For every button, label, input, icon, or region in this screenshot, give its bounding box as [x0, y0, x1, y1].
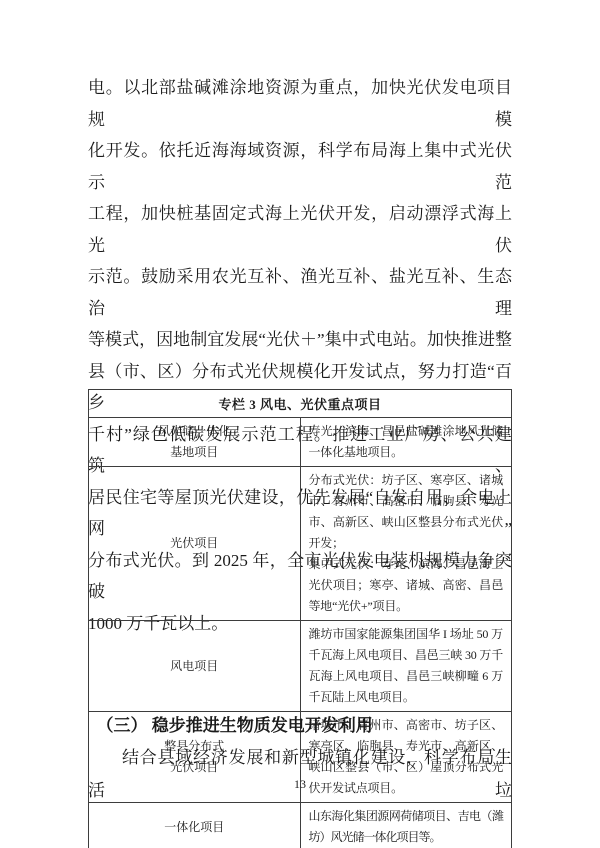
row-content-paragraph: 分布式光伏：坊子区、寒亭区、诸城市、青州市、高密市、临朐县、寿光市、高新区、峡山…: [309, 470, 504, 554]
row-label: 风电项目: [89, 621, 301, 712]
table-row-wind-solar-storage-base: 风光储一体化 基地项目 寿光、滨海、昌邑盐碱滩涂地风光储一体化基地项目。: [89, 418, 512, 467]
body-text-line: 工程，加快桩基固定式海上光伏开发，启动漂浮式海上光伏: [88, 198, 512, 261]
row-label-line: 风光储一体化: [91, 421, 298, 442]
row-label-line: 一体化项目: [91, 817, 298, 838]
row-content-paragraph: 寿光、滨海、昌邑盐碱滩涂地风光储一体化基地项目。: [309, 421, 504, 463]
table-row-wind-projects: 风电项目 潍坊市国家能源集团国华 I 场址 50 万千瓦海上风电项目、昌邑三峡 …: [89, 621, 512, 712]
row-label-line: 基地项目: [91, 442, 298, 463]
body-text-line: 电。以北部盐碱滩涂地资源为重点，加快光伏发电项目规模: [88, 72, 512, 135]
next-section: （三） 稳步推进生物质发电开发利用 结合县域经济发展和新型城镇化建设，科学布局生…: [88, 710, 512, 807]
row-label: 风光储一体化 基地项目: [89, 418, 301, 467]
table-title: 专栏 3 风电、光伏重点项目: [89, 390, 512, 418]
body-text-line: 化开发。依托近海海域资源，科学布局海上集中式光伏示范: [88, 135, 512, 198]
row-content-paragraph: 潍坊市国家能源集团国华 I 场址 50 万千瓦海上风电项目、昌邑三峡 30 万千…: [309, 624, 504, 708]
table-row-pv-projects: 光伏项目 分布式光伏：坊子区、寒亭区、诸城市、青州市、高密市、临朐县、寿光市、高…: [89, 467, 512, 621]
row-label-line: 光伏项目: [91, 533, 298, 554]
body-text-line: 等模式，因地制宜发展“光伏＋”集中式电站。加快推进整: [88, 324, 512, 356]
row-content-paragraph: 集中式光伏：寿光、滨海、昌邑海上光伏项目；寒亭、诸城、高密、昌邑等地“光伏+”项…: [309, 554, 504, 617]
row-label: 一体化项目: [89, 803, 301, 848]
row-label-line: 风电项目: [91, 656, 298, 677]
row-content: 潍坊市国家能源集团国华 I 场址 50 万千瓦海上风电项目、昌邑三峡 30 万千…: [300, 621, 512, 712]
body-text-line: 示范。鼓励采用农光互补、渔光互补、盐光互补、生态治理: [88, 261, 512, 324]
row-label: 光伏项目: [89, 467, 301, 621]
row-content-paragraph: 山东海化集团源网荷储项目、吉电（潍坊）风光储一体化项目等。: [309, 806, 504, 848]
table-title-row: 专栏 3 风电、光伏重点项目: [89, 390, 512, 418]
table-row-integration-projects: 一体化项目 山东海化集团源网荷储项目、吉电（潍坊）风光储一体化项目等。: [89, 803, 512, 848]
page-number: 13: [0, 777, 600, 792]
row-content: 山东海化集团源网荷储项目、吉电（潍坊）风光储一体化项目等。: [300, 803, 512, 848]
section-heading: （三） 稳步推进生物质发电开发利用: [88, 710, 512, 742]
row-content: 寿光、滨海、昌邑盐碱滩涂地风光储一体化基地项目。: [300, 418, 512, 467]
row-content: 分布式光伏：坊子区、寒亭区、诸城市、青州市、高密市、临朐县、寿光市、高新区、峡山…: [300, 467, 512, 621]
body-text-line: 结合县域经济发展和新型城镇化建设，科学布局生活垃: [88, 742, 512, 807]
